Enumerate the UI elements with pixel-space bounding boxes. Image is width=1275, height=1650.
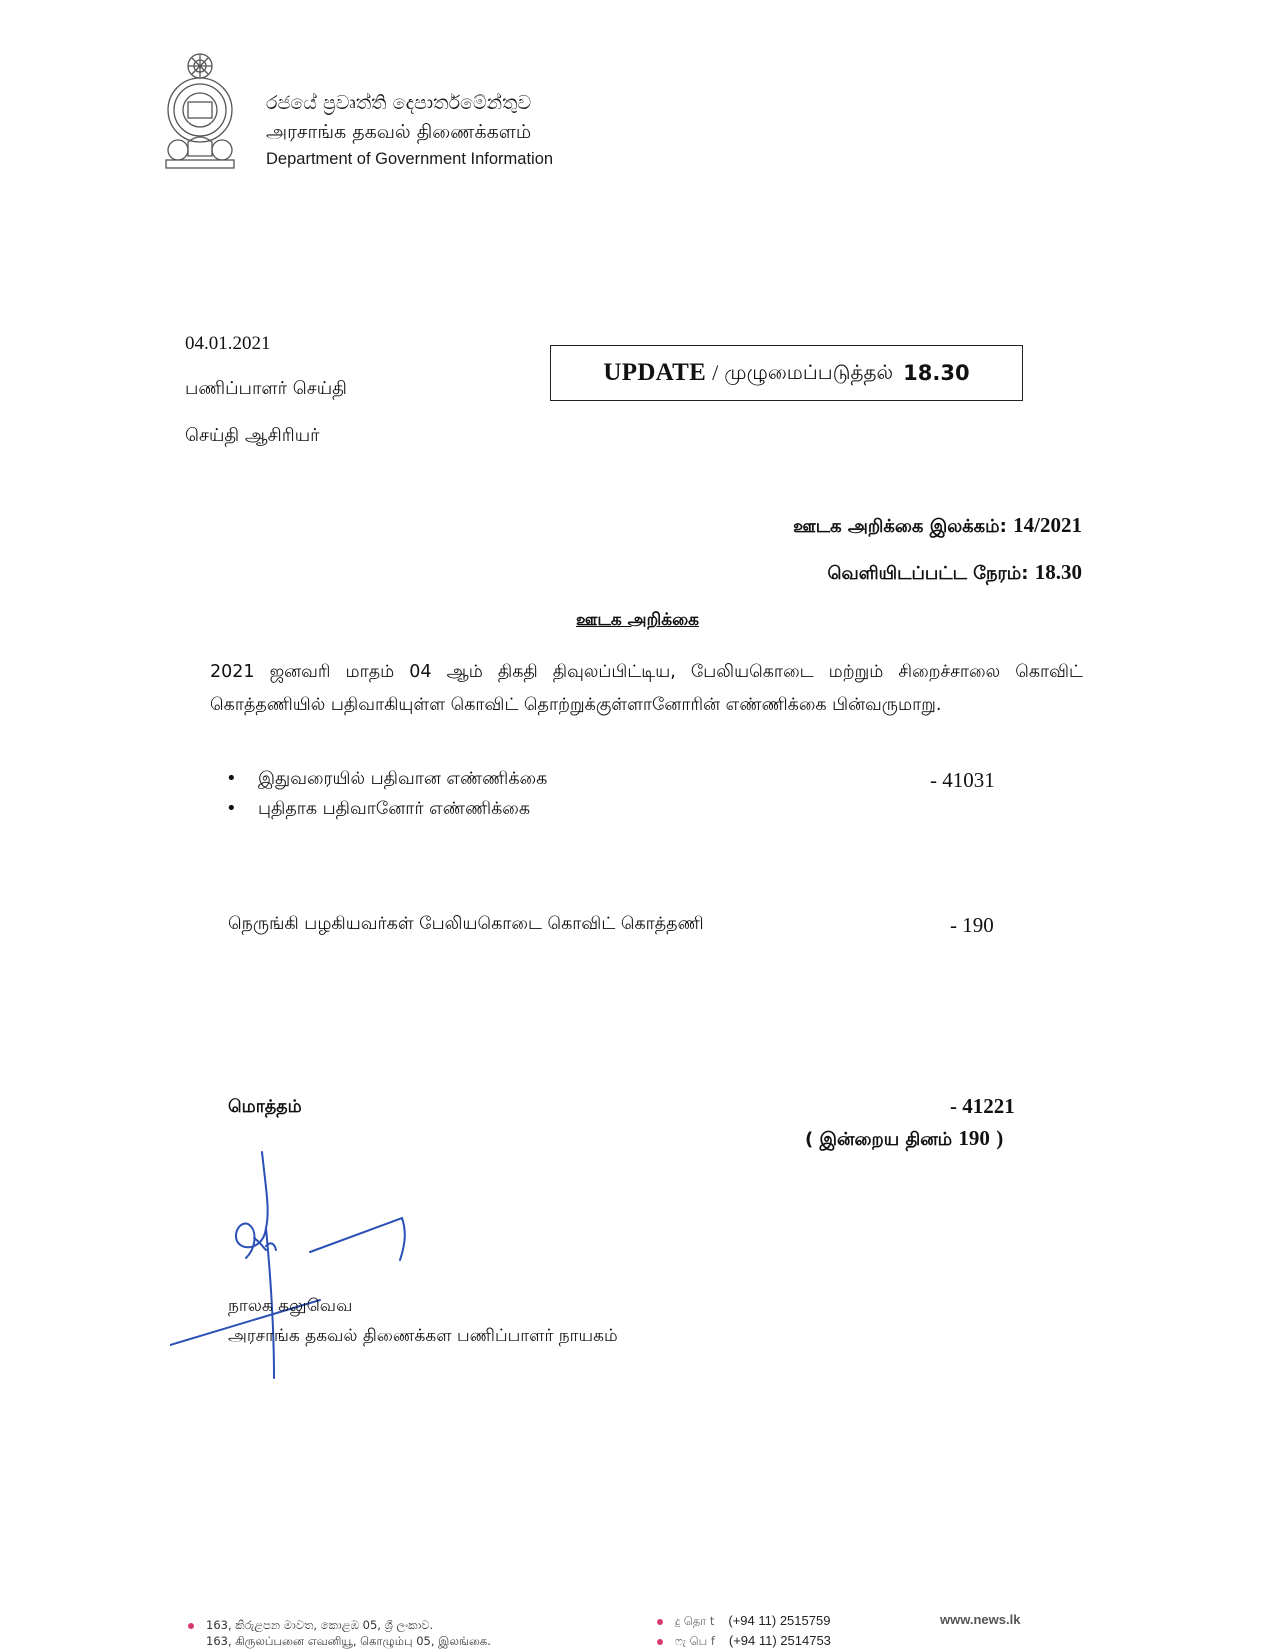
- footer-address-tamil: 163, கிருலப்பனை எவனியூ, கொழும்பு 05, இலங…: [206, 1634, 491, 1650]
- press-release-heading: ஊடக அறிக்கை: [0, 610, 1275, 632]
- close-contacts-value: - 190: [950, 913, 994, 938]
- today-suffix: ): [996, 1126, 1003, 1150]
- footer-bullet-icon: [657, 1639, 663, 1645]
- total-to-date-value: - 41031: [930, 768, 995, 793]
- update-banner: UPDATE / முழுமைப்படுத்தல் 18.30: [550, 345, 1023, 401]
- update-label-ta: முழுமைப்படுத்தல்: [724, 360, 893, 387]
- list-item: புதிதாக பதிவானோர் எண்ணிக்கை: [222, 794, 547, 824]
- footer-address-sinhala: 163, කිරුළපන මාවත, කොළඹ 05, ශ්‍රී ලංකාව.: [188, 1618, 433, 1633]
- fax-label: ෆැ பெ f: [675, 1634, 715, 1648]
- footer-fax: ෆැ பெ f(+94 11) 2514753: [657, 1633, 831, 1650]
- signatory-name: நாலக கலுவெவ: [228, 1296, 352, 1318]
- list-item: இதுவரையில் பதிவான எண்ணிக்கை: [222, 764, 547, 794]
- body-paragraph: 2021 ஜனவரி மாதம் 04 ஆம் திகதி திவுலப்பிட…: [210, 656, 1083, 722]
- footer-bullet-icon: [188, 1623, 194, 1629]
- close-contacts-label: நெருங்கி பழகியவர்கள் பேலியகொடை கொவிட் கொ…: [228, 914, 704, 936]
- update-separator: /: [712, 360, 718, 386]
- letterhead-tamil-name: அரசாங்க தகவல் திணைக்களம்: [266, 121, 531, 146]
- fax-number: (+94 11) 2514753: [729, 1633, 831, 1648]
- today-count: ( இன்றைய தினம் 190 ): [805, 1126, 1003, 1152]
- update-label-en: UPDATE: [603, 359, 706, 387]
- signatory-title: அரசாங்க தகவல் திணைக்கள பணிப்பாளர் நாயகம்: [228, 1326, 618, 1348]
- footer-telephone: දු தொ t(+94 11) 2515759: [657, 1613, 830, 1630]
- cc-line: செய்தி ஆசிரியர்: [185, 425, 320, 448]
- recipient-line: பணிப்பாளர் செய்தி: [185, 378, 347, 401]
- telephone-number: (+94 11) 2515759: [728, 1613, 830, 1628]
- release-time-label: வெளியிடப்பட்ட நேரம்:: [828, 563, 1029, 584]
- total-value: - 41221: [950, 1094, 1015, 1119]
- footer-bullet-icon: [657, 1619, 663, 1625]
- today-prefix: ( இன்றைய தினம்: [805, 1129, 952, 1150]
- update-time: 18.30: [903, 361, 969, 385]
- release-time-value: 18.30: [1035, 560, 1082, 584]
- footer-address-sinhala-text: 163, කිරුළපන මාවත, කොළඹ 05, ශ්‍රී ලංකාව.: [206, 1618, 433, 1632]
- document-date: 04.01.2021: [185, 333, 271, 355]
- footer-website-link[interactable]: www.news.lk: [940, 1612, 1020, 1627]
- release-number-label: ஊடக அறிக்கை இலக்கம்:: [793, 516, 1007, 537]
- letterhead-english-name: Department of Government Information: [266, 150, 553, 169]
- telephone-label: දු தொ t: [675, 1614, 714, 1628]
- total-label: மொத்தம்: [228, 1097, 302, 1119]
- letterhead-sinhala-name: රජයේ ප්‍රවෘත්ති දෙපාර්තමේන්තුව: [266, 92, 531, 114]
- release-number-value: 14/2021: [1013, 513, 1082, 537]
- release-number: ஊடக அறிக்கை இலக்கம்: 14/2021: [793, 513, 1082, 539]
- national-emblem-icon: [158, 48, 242, 173]
- release-time: வெளியிடப்பட்ட நேரம்: 18.30: [828, 560, 1082, 586]
- today-value: 190: [958, 1126, 990, 1150]
- case-count-list: இதுவரையில் பதிவான எண்ணிக்கை புதிதாக பதிவ…: [222, 764, 547, 824]
